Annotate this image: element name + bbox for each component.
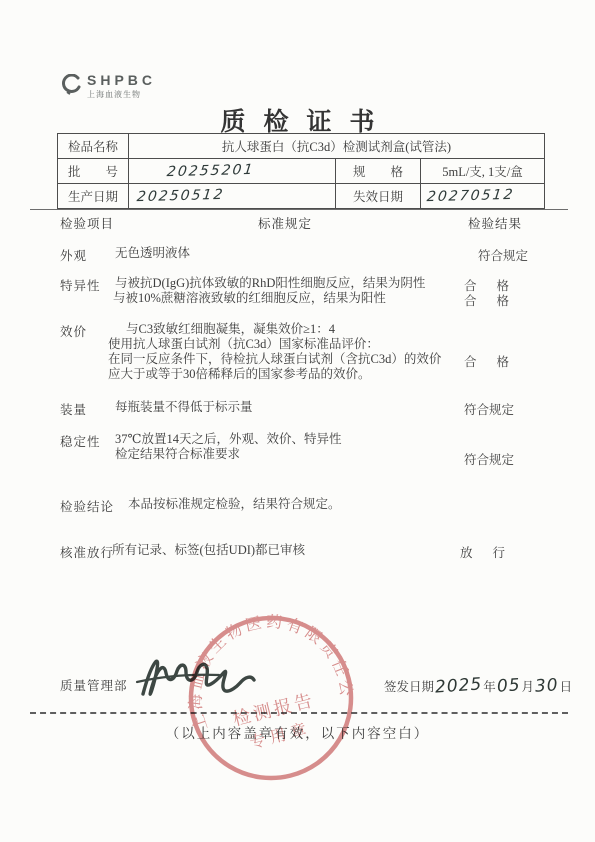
standard-line: 检定结果符合标准要求: [115, 447, 465, 462]
sign-date-label: 签发日期: [384, 680, 434, 694]
table-row: 批 号 20255201 规 格 5mL/支, 1支/盒: [58, 159, 545, 184]
result-value: 符合规定: [464, 400, 514, 418]
standard-line: 37℃放置14天之后，外观、效价、特异性: [115, 432, 465, 447]
conclusion-text: 本品按标准规定检验，结果符合规定。: [128, 497, 465, 512]
logo: SHPBC 上海血液生物: [60, 72, 156, 100]
sign-year-handwritten: 2025: [434, 674, 483, 697]
logo-brand: SHPBC: [87, 72, 156, 88]
sign-month-handwritten: 05: [496, 675, 521, 697]
batch-handwritten: 20255201: [166, 162, 255, 180]
dept-label: 质量管理部: [60, 676, 128, 694]
product-name-label: 检品名称: [58, 134, 129, 159]
column-item: 检验项目: [60, 214, 114, 232]
table-row: 生产日期 20250512 失效日期 20270512: [58, 184, 545, 209]
standard-line: 使用抗人球蛋白试剂（抗C3d）国家标准品评价：: [108, 337, 465, 352]
logo-subtitle: 上海血液生物: [87, 89, 156, 100]
mfg-date-label: 生产日期: [58, 184, 129, 209]
result-value: 合格: [464, 291, 529, 309]
mfg-date-handwritten: 20250512: [136, 187, 225, 205]
certificate-page: SHPBC 上海血液生物 质检证书 检品名称 抗人球蛋白（抗C3d）检测试剂盒(…: [0, 0, 595, 842]
sign-date: 签发日期2025年05月30日: [384, 676, 572, 696]
exp-date-handwritten: 20270512: [426, 187, 515, 205]
dashed-divider: [30, 712, 568, 714]
item-name: 特异性: [60, 276, 101, 294]
batch-label: 批 号: [58, 159, 129, 184]
conclusion-label: 检验结论: [60, 497, 114, 515]
result-value: 合格: [464, 352, 529, 370]
spec-value: 5mL/支, 1支/盒: [421, 159, 545, 184]
sign-day-handwritten: 30: [534, 675, 559, 697]
item-name: 装量: [60, 400, 87, 418]
mfg-date-value: 20250512: [129, 184, 336, 209]
standard-line: 与被10%蔗糖溶液致敏的红细胞反应，结果为阳性: [113, 291, 465, 306]
standard-line: 无色透明液体: [115, 246, 465, 261]
column-result: 检验结果: [468, 214, 522, 232]
logo-text: SHPBC 上海血液生物: [87, 72, 156, 100]
result-value: 符合规定: [464, 450, 514, 468]
result-value: 符合规定: [478, 246, 528, 264]
signature: [133, 642, 288, 710]
release-label: 核准放行: [60, 543, 114, 561]
footer-note: （以上内容盖章有效，以下内容空白）: [0, 722, 595, 742]
release-result: 放行: [460, 543, 525, 561]
standard-line: 与C3致敏红细胞凝集，凝集效价≥1：4: [126, 322, 465, 337]
standard-line: 与被抗D(IgG)抗体致敏的RhD阳性细胞反应，结果为阴性: [115, 276, 465, 291]
item-name: 外观: [60, 246, 87, 264]
spec-label: 规 格: [336, 159, 421, 184]
exp-date-label: 失效日期: [336, 184, 421, 209]
column-standard: 标准规定: [258, 214, 312, 232]
shpbc-logo-icon: [60, 74, 82, 96]
product-name-value: 抗人球蛋白（抗C3d）检测试剂盒(试管法): [129, 134, 545, 159]
item-name: 稳定性: [60, 432, 101, 450]
release-text: 所有记录、标签(包括UDI)都已审核: [112, 543, 465, 558]
standard-line: 应大于或等于30倍稀释后的国家参考品的效价。: [108, 367, 465, 382]
day-unit: 日: [560, 680, 573, 694]
exp-date-value: 20270512: [421, 184, 545, 209]
item-name: 效价: [60, 322, 87, 340]
year-unit: 年: [483, 680, 496, 694]
standard-line: 在同一反应条件下，待检抗人球蛋白试剂（含抗C3d）的效价: [108, 352, 477, 367]
standard-line: 每瓶装量不得低于标示量: [115, 400, 465, 415]
month-unit: 月: [521, 680, 534, 694]
batch-value: 20255201: [129, 159, 336, 184]
section-divider: [30, 209, 568, 210]
product-info-table: 检品名称 抗人球蛋白（抗C3d）检测试剂盒(试管法) 批 号 20255201 …: [57, 133, 545, 209]
table-row: 检品名称 抗人球蛋白（抗C3d）检测试剂盒(试管法): [58, 134, 545, 159]
